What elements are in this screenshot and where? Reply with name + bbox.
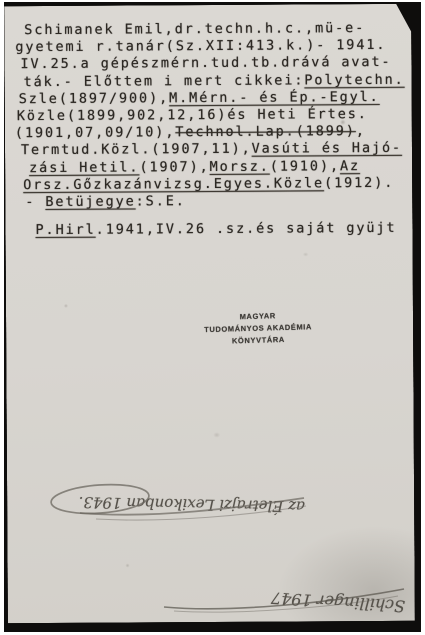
typed-text-segment: ták.- Előttem i mert cikkei: [24,72,305,90]
typed-text-segment: gyetemi r.tanár(Sz.XII:413.k.)- 1941. [15,37,386,55]
typed-text-segment: Termtud.Közl.(1907,11), [21,141,252,158]
typed-text-segment: P.Hirl [35,222,95,238]
typed-line: - Betüjegye:S.E. [25,192,408,212]
typed-text-segment: (1907), [139,158,209,174]
typed-text-segment: (1901,07,09/10), [15,124,176,141]
publication-source-line: P.Hirl.1941,IV.26 .sz.és saját gyüjt [15,220,408,240]
typed-line: P.Hirl.1941,IV.26 .sz.és saját gyüjt [35,220,408,239]
library-stamp: MAGYAR TUDOMÁNYOS AKADÉMIA KÖNYVTÁRA [202,309,315,348]
typed-text-segment: , [356,123,366,139]
handwritten-note-upper: az Életrajzi Lexikonban 1943. [57,477,306,516]
typed-text-segment: Az [340,158,360,174]
typed-text-segment: M.Mérn.- és Ép.-Egyl. [169,89,380,106]
typed-text-segment: (1912). [324,175,394,191]
typed-text-segment: .1941,IV.26 .sz.és saját gyüjt [96,220,397,238]
typed-text-segment: Szle(1897/900), [19,90,170,107]
typed-line: Orsz.Gőzkazánvizsg.Egyes.Közle(1912). [23,174,408,194]
photo-background: Schimanek Emil,dr.techn.h.c.,mü-e-gyetem… [4,2,421,632]
typed-text-segment: Morsz. [210,158,270,174]
typed-text-segment: zási Hetil. [29,159,139,176]
typed-text-segment: IV.25.a gépészmérn.tud.tb.drává avat- [20,54,391,72]
typed-text-segment: Vasúti és Hajó- [252,140,403,157]
typed-text-segment: (1910), [270,158,340,174]
typed-text-segment: Polytechn. [304,71,404,88]
typed-text-segment: Betüjegye [45,193,135,210]
typed-text-block: Schimanek Emil,dr.techn.h.c.,mü-e-gyetem… [14,20,408,211]
typed-text-segment: - [25,194,45,210]
catalog-card: Schimanek Emil,dr.techn.h.c.,mü-e-gyetem… [4,4,415,623]
typed-text-segment: Schimanek Emil,dr.techn.h.c.,mü-e- [24,20,365,38]
typed-text-segment: Orsz.Gőzkazánvizsg.Egyes.Közle [23,175,324,193]
typed-text-segment: Technol.Lap.(1899) [175,123,356,140]
handwritten-note-lower: Schillinger 1947 [175,567,407,616]
typed-text-segment: :S.E. [136,193,186,209]
typed-text-segment: Közle(1899,902,12,16)és Heti Értes. [17,106,368,124]
